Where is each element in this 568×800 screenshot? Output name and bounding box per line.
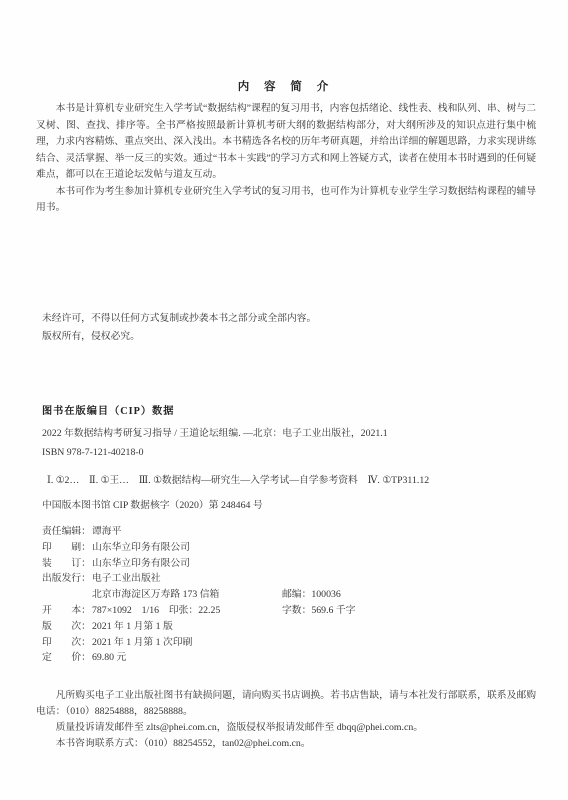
- publication-label: 开 本：: [42, 603, 92, 619]
- publication-row-printing: 印 次：2021 年 1 月第 1 次印刷: [42, 635, 220, 651]
- publication-value: 69.80 元: [92, 652, 126, 663]
- publication-value: 787×1092 1/16 印张：22.25: [92, 605, 220, 616]
- bottom-notes-section: 凡所购买电子工业出版社图书有缺损问题，请向购买书店调换。若书店售缺，请与本社发行…: [36, 688, 536, 752]
- publication-row-edition: 版 次：2021 年 1 月第 1 版: [42, 619, 220, 635]
- publication-value: 2021 年 1 月第 1 版: [92, 621, 173, 632]
- content-summary-title: 内 容 简 介: [36, 78, 536, 94]
- publication-value: 电子工业出版社: [92, 573, 161, 584]
- publication-value: 北京市海淀区万寿路 173 信箱: [92, 589, 219, 600]
- publication-extra: 字数：569.6 千字: [282, 603, 355, 619]
- publication-label: 责任编辑：: [42, 524, 92, 540]
- cip-data-section: 图书在版编目（CIP）数据 2022 年数据结构考研复习指导 / 王道论坛组编.…: [42, 402, 536, 513]
- publication-row-binding: 装 订：山东华立印务有限公司: [42, 556, 220, 572]
- publication-label: 定 价：: [42, 650, 92, 666]
- publication-label: 出版发行：: [42, 571, 92, 587]
- publication-row-editor: 责任编辑：谭海平: [42, 524, 220, 540]
- rights-notice-line-1: 未经许可，不得以任何方式复制或抄袭本书之部分或全部内容。: [42, 310, 316, 328]
- cip-catalog-entry: 2022 年数据结构考研复习指导 / 王道论坛组编. —北京：电子工业出版社，2…: [42, 426, 536, 441]
- publication-row-publisher: 出版发行：电子工业出版社: [42, 571, 220, 587]
- publication-row-price: 定 价：69.80 元: [42, 650, 220, 666]
- cip-record-number: 中国版本图书馆 CIP 数据核字（2020）第 248464 号: [42, 498, 536, 513]
- publication-label: 印 刷：: [42, 540, 92, 556]
- publication-row-format: 开 本：787×1092 1/16 印张：22.25字数：569.6 千字: [42, 603, 220, 619]
- content-summary-paragraph-2: 本书可作为考生参加计算机专业研究生入学考试的复习用书，也可作为计算机专业学生学习…: [36, 184, 536, 217]
- content-summary-paragraph-1: 本书是计算机专业研究生入学考试“数据结构”课程的复习用书，内容包括绪论、线性表、…: [36, 101, 536, 184]
- publication-value: 2021 年 1 月第 1 次印刷: [92, 637, 192, 648]
- publication-value: 谭海平: [92, 526, 121, 537]
- cip-heading: 图书在版编目（CIP）数据: [42, 402, 536, 417]
- rights-notice-line-2: 版权所有，侵权必究。: [42, 328, 316, 346]
- publication-value: 山东华立印务有限公司: [92, 542, 190, 553]
- publication-label: 印 次：: [42, 635, 92, 651]
- publication-label: 版 次：: [42, 619, 92, 635]
- content-summary-section: 内 容 简 介 本书是计算机专业研究生入学考试“数据结构”课程的复习用书，内容包…: [36, 78, 536, 217]
- contact-note: 本书咨询联系方式：（010）88254552，tan02@phei.com.cn…: [36, 736, 536, 752]
- publication-info-section: 责任编辑：谭海平 印 刷：山东华立印务有限公司 装 订：山东华立印务有限公司 出…: [42, 524, 220, 666]
- publication-value: 山东华立印务有限公司: [92, 558, 190, 569]
- publication-extra: 邮编：100036: [282, 587, 341, 603]
- rights-notice-section: 未经许可，不得以任何方式复制或抄袭本书之部分或全部内容。 版权所有，侵权必究。: [42, 310, 316, 346]
- complaint-note: 质量投诉请发邮件至 zlts@phei.com.cn，盗版侵权举报请发邮件至 d…: [36, 720, 536, 736]
- cip-classification: Ⅰ. ①2… Ⅱ. ①王… Ⅲ. ①数据结构—研究生—入学考试—自学参考资料 Ⅳ…: [42, 473, 536, 488]
- isbn-number: ISBN 978-7-121-40218-0: [42, 445, 536, 460]
- publication-row-printer: 印 刷：山东华立印务有限公司: [42, 540, 220, 556]
- book-copyright-page: 内 容 简 介 本书是计算机专业研究生入学考试“数据结构”课程的复习用书，内容包…: [0, 0, 568, 800]
- publication-label: 装 订：: [42, 556, 92, 572]
- publication-row-address: 北京市海淀区万寿路 173 信箱邮编：100036: [42, 587, 220, 603]
- purchase-note: 凡所购买电子工业出版社图书有缺损问题，请向购买书店调换。若书店售缺，请与本社发行…: [36, 688, 536, 720]
